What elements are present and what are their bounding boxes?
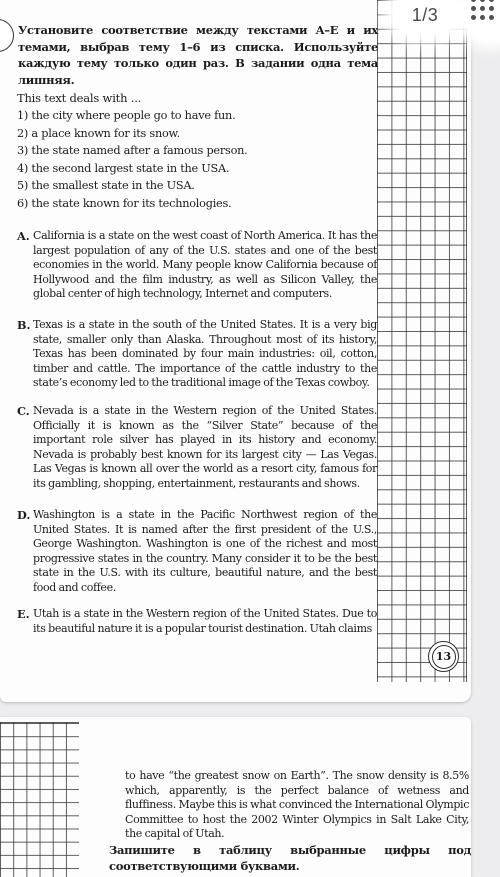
graph-paper-margin-2 <box>0 722 79 877</box>
option-1: 1) the city where people go to have fun. <box>17 107 377 125</box>
paragraph-d-label: D. <box>17 508 30 522</box>
dot <box>480 0 485 2</box>
paragraph-e-label: E. <box>17 607 30 621</box>
paragraph-a: A. California is a state on the west coa… <box>17 229 377 302</box>
paragraph-e-continuation: to have “the greatest snow on Earth”. Th… <box>125 769 469 842</box>
dot <box>480 6 485 11</box>
task-instruction-ru: Установите соответствие между текстами A… <box>18 22 378 88</box>
paragraph-d: D. Washington is a state in the Pacific … <box>17 508 377 595</box>
document-page-1: Установите соответствие между текстами A… <box>0 0 471 702</box>
paragraph-d-text: Washington is a state in the Pacific Nor… <box>33 508 377 595</box>
paragraph-e: E. Utah is a state in the Western region… <box>17 607 377 636</box>
answer-instruction-ru: Запишите в таблицу выбранные цифры под с… <box>109 843 471 874</box>
paragraph-a-label: A. <box>17 229 30 243</box>
paragraph-a-text: California is a state on the west coast … <box>33 229 377 302</box>
option-6: 6) the state known for its technologies. <box>17 195 377 213</box>
paragraph-b-label: B. <box>17 318 30 332</box>
page-indicator-pill: 1/3 <box>392 0 458 34</box>
dot <box>471 15 476 20</box>
page-indicator-text: 1/3 <box>412 1 439 26</box>
paragraph-c-text: Nevada is a state in the Western region … <box>33 404 377 491</box>
paragraph-c-label: C. <box>17 404 30 418</box>
option-3: 3) the state named after a famous person… <box>17 142 377 160</box>
dot <box>480 15 485 20</box>
dot <box>489 6 494 11</box>
document-page-2: to have “the greatest snow on Earth”. Th… <box>0 717 471 877</box>
task-number-circle <box>0 19 14 52</box>
paragraph-e-text: Utah is a state in the Western region of… <box>33 607 377 636</box>
paragraph-c: C. Nevada is a state in the Western regi… <box>17 404 377 491</box>
dot <box>471 6 476 11</box>
option-4: 4) the second largest state in the USA. <box>17 160 377 178</box>
paragraph-b-text: Texas is a state in the south of the Uni… <box>33 318 377 391</box>
option-2: 2) a place known for its snow. <box>17 125 377 143</box>
option-5: 5) the smallest state in the USA. <box>17 177 377 195</box>
grid-dots-menu-icon[interactable] <box>471 0 494 20</box>
dot <box>489 0 494 2</box>
prompt-line: This text deals with ... <box>17 91 141 105</box>
paragraph-b: B. Texas is a state in the south of the … <box>17 318 377 391</box>
dot <box>489 15 494 20</box>
page-number-badge: 13 <box>428 641 459 672</box>
page-number: 13 <box>432 645 456 669</box>
graph-paper-margin <box>377 0 467 682</box>
options-list: 1) the city where people go to have fun.… <box>17 107 377 213</box>
dot <box>471 0 476 2</box>
